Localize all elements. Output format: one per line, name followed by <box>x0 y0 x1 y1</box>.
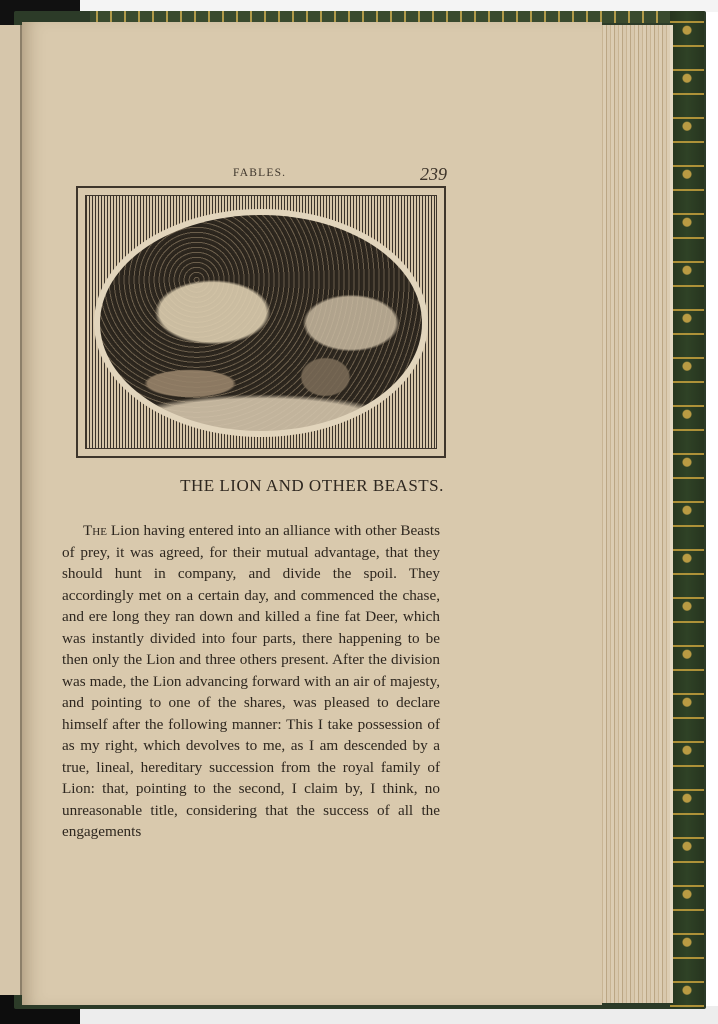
woodcut-hatched-frame <box>85 195 437 449</box>
body-paragraph: The Lion having entered into an alliance… <box>62 520 440 843</box>
body-text: Lion having entered into an alliance wit… <box>62 522 440 840</box>
cover-gilt-border-right <box>670 11 704 1008</box>
woodcut-illustration <box>76 186 446 458</box>
book-page: FABLES. 239 THE LION AND OTHER BEASTS. T… <box>22 22 602 1005</box>
page-header: FABLES. 239 <box>22 164 602 188</box>
running-head: FABLES. <box>233 167 286 179</box>
fable-title: THE LION AND OTHER BEASTS. <box>22 476 602 496</box>
fable-body: The Lion having entered into an alliance… <box>62 520 440 843</box>
page-number: 239 <box>420 164 447 185</box>
lion-and-beasts-engraving <box>100 215 422 431</box>
left-page-edge <box>0 25 22 995</box>
drop-word: The <box>83 522 107 539</box>
